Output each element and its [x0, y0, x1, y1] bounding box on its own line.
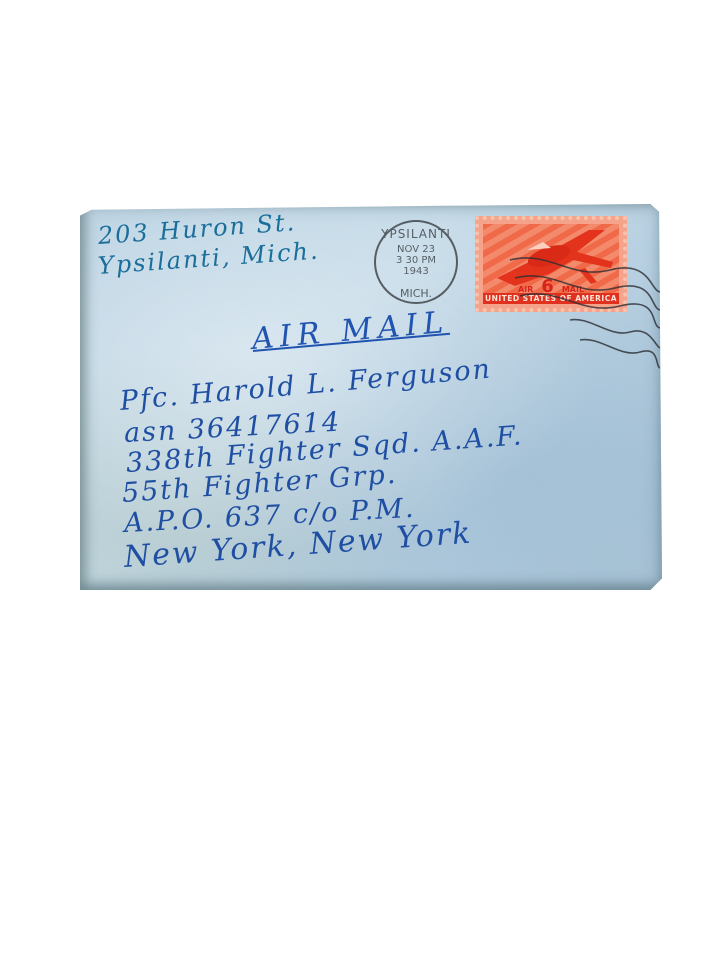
postmark-year: 1943 [376, 266, 456, 277]
postmark-time: 3 30 PM [376, 255, 456, 266]
postmark: YPSILANTI NOV 23 3 30 PM 1943 MICH. [374, 220, 458, 304]
postmark-city: YPSILANTI [376, 227, 456, 241]
postmark-state: MICH. [376, 287, 456, 300]
postmark-day: NOV 23 [376, 244, 456, 255]
postmark-date: NOV 23 3 30 PM 1943 [376, 244, 456, 277]
